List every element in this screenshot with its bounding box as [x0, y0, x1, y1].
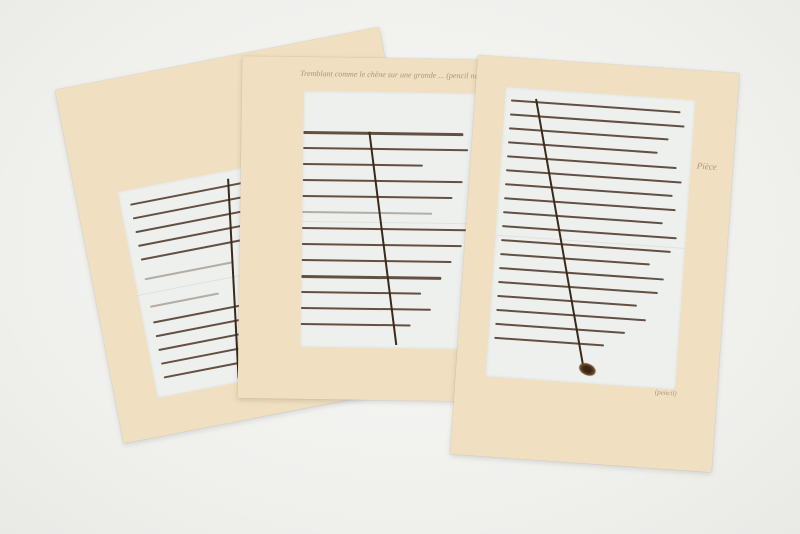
- burn-hole: [577, 360, 598, 378]
- handwritten-page-right: [486, 87, 696, 390]
- bottom-note: (pencil): [655, 388, 677, 397]
- manuscript-sheet-right: Pièce (pencil): [450, 55, 739, 472]
- margin-note: Pièce: [696, 161, 717, 172]
- photo-background: Début (suite en fin) à la fin Tremblant …: [0, 0, 800, 534]
- handwritten-page-center: [300, 91, 482, 349]
